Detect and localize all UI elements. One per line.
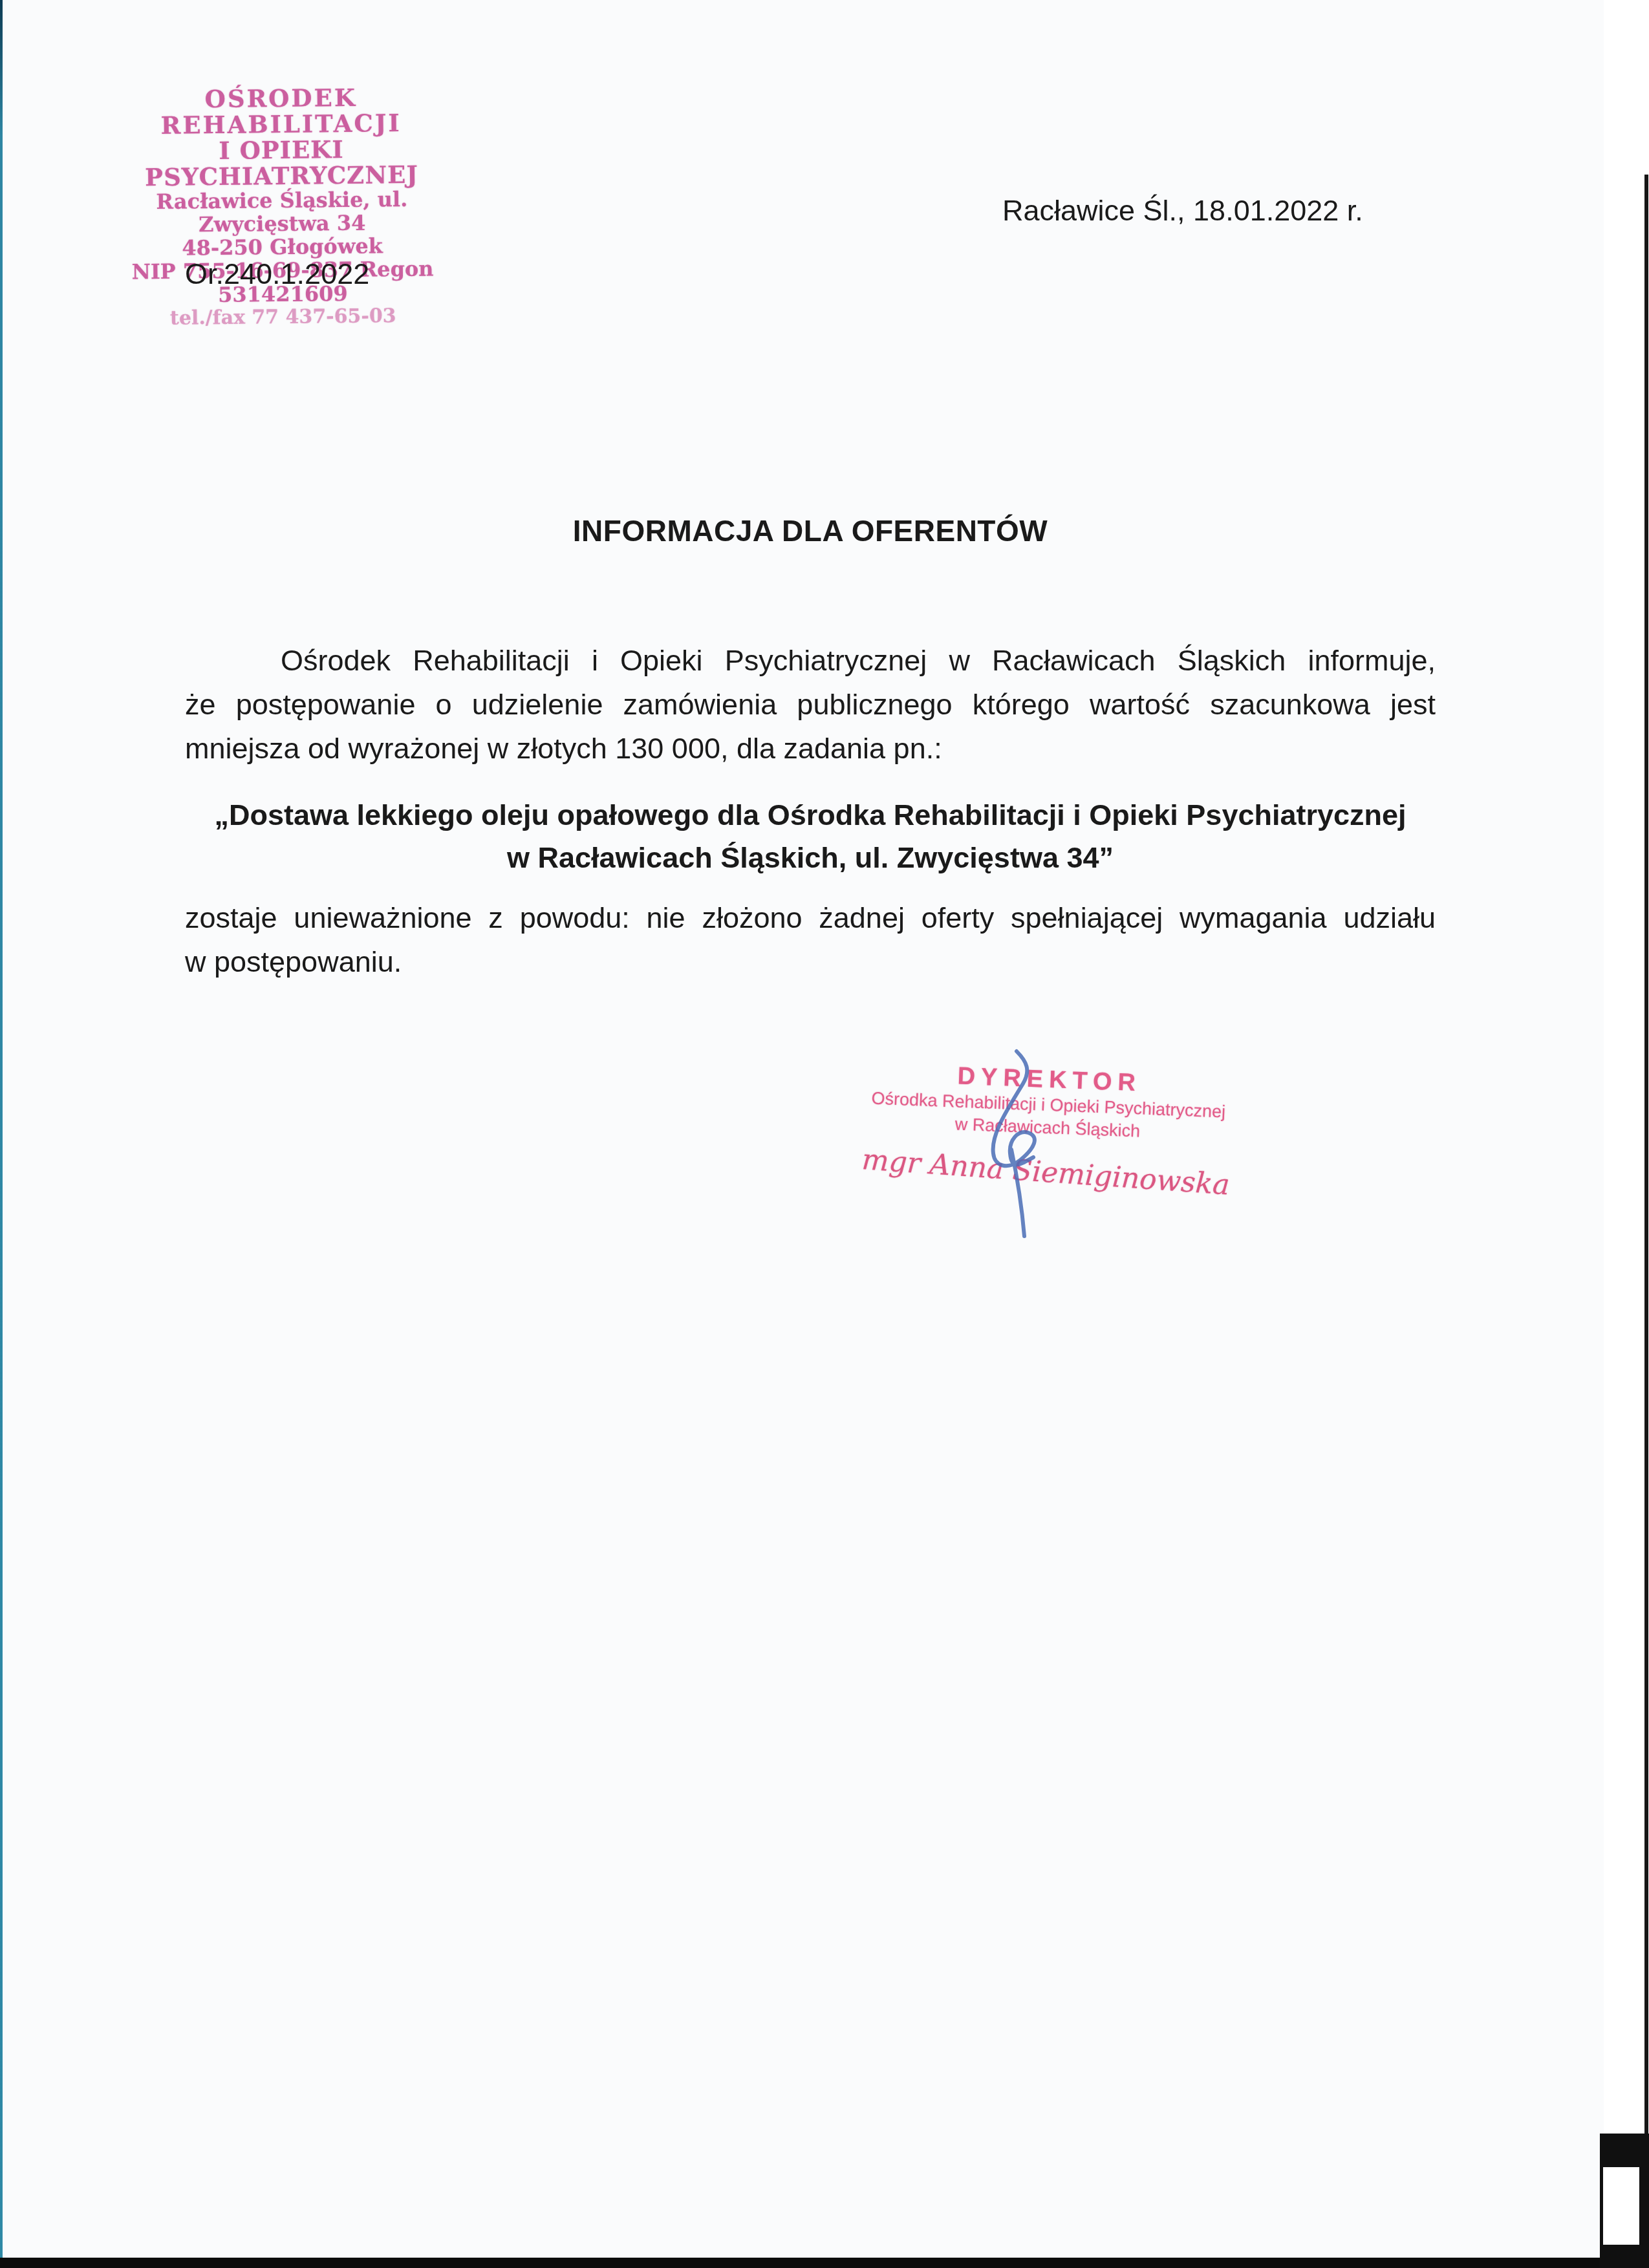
body-paragraph-2: zostaje unieważnione z powodu: nie złożo… bbox=[185, 896, 1436, 984]
body-paragraph-1: Ośrodek Rehabilitacji i Opieki Psychiatr… bbox=[185, 639, 1436, 771]
institution-stamp-line: Racławice Śląskie, ul. Zwycięstwa 34 bbox=[94, 187, 470, 237]
subject-line: „Dostawa lekkiego oleju opałowego dla Oś… bbox=[185, 794, 1436, 837]
paragraph-line: zostaje unieważnione z powodu: nie złożo… bbox=[185, 896, 1436, 940]
institution-stamp-line: I OPIEKI PSYCHIATRYCZNEJ bbox=[94, 135, 469, 191]
institution-stamp-line: OŚRODEK REHABILITACJI bbox=[93, 83, 469, 139]
scan-edge-left bbox=[0, 0, 3, 2258]
paragraph-line: Ośrodek Rehabilitacji i Opieki Psychiatr… bbox=[185, 639, 1436, 683]
document-date: Racławice Śl., 18.01.2022 r. bbox=[1002, 194, 1363, 228]
paragraph-line: że postępowanie o udzielenie zamówienia … bbox=[185, 683, 1436, 727]
scan-edge-right bbox=[1644, 175, 1648, 2140]
document-title: INFORMACJA DLA OFERENTÓW bbox=[185, 513, 1436, 548]
reference-number: Or.240.1.2022 bbox=[185, 257, 369, 291]
paragraph-line: w postępowaniu. bbox=[185, 940, 1436, 984]
institution-stamp-line: tel./fax 77 437-65-03 bbox=[96, 305, 471, 330]
scan-corner-inset bbox=[1603, 2167, 1639, 2245]
handwritten-signature bbox=[983, 1047, 1086, 1241]
scanned-document-page: OŚRODEK REHABILITACJI I OPIEKI PSYCHIATR… bbox=[0, 0, 1649, 2268]
subject-heading: „Dostawa lekkiego oleju opałowego dla Oś… bbox=[185, 794, 1436, 879]
scan-edge-bottom bbox=[0, 2258, 1649, 2268]
subject-line: w Racławicach Śląskich, ul. Zwycięstwa 3… bbox=[185, 837, 1436, 879]
institution-stamp: OŚRODEK REHABILITACJI I OPIEKI PSYCHIATR… bbox=[93, 83, 471, 330]
paragraph-line: mniejsza od wyrażonej w złotych 130 000,… bbox=[185, 727, 1436, 771]
paper-background bbox=[0, 0, 1604, 2268]
